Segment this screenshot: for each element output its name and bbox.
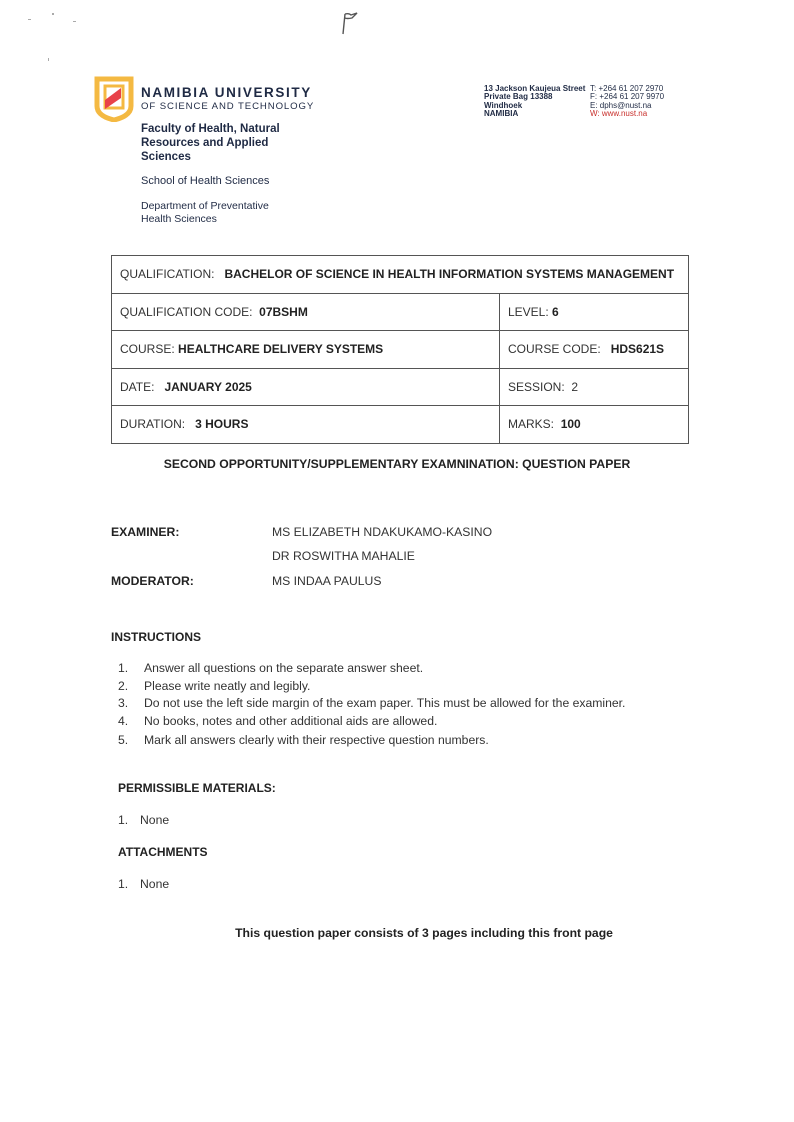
course-label: COURSE: (120, 342, 175, 356)
course-code-label: COURSE CODE: (508, 342, 601, 356)
qualification-value: BACHELOR OF SCIENCE IN HEALTH INFORMATIO… (224, 267, 674, 281)
qualification-code-value: 07BSHM (259, 305, 308, 319)
nust-logo-icon (94, 76, 134, 122)
instructions-heading: INSTRUCTIONS (111, 630, 201, 644)
moderator-name: MS INDAA PAULUS (272, 574, 382, 588)
item-number: 5. (118, 732, 144, 750)
date-label: DATE: (120, 380, 154, 394)
qualification-code-cell: QUALIFICATION CODE: 07BSHM (112, 293, 500, 331)
exam-type-title: SECOND OPPORTUNITY/SUPPLEMENTARY EXAMNIN… (0, 457, 794, 471)
table-row: DATE: JANUARY 2025 SESSION: 2 (112, 368, 689, 406)
table-row: DURATION: 3 HOURS MARKS: 100 (112, 406, 689, 444)
date-cell: DATE: JANUARY 2025 (112, 368, 500, 406)
list-item: 2.Please write neatly and legibly. (118, 678, 625, 696)
marks-label: MARKS: (508, 417, 554, 431)
exam-info-table: QUALIFICATION: BACHELOR OF SCIENCE IN HE… (111, 255, 689, 444)
item-text: Do not use the left side margin of the e… (144, 696, 625, 710)
session-cell: SESSION: 2 (500, 368, 689, 406)
page-count-text: This question paper consists of 3 pages … (235, 926, 613, 940)
item-text: Answer all questions on the separate ans… (144, 661, 423, 675)
scan-speck (28, 19, 31, 20)
scan-speck (52, 13, 54, 15)
examiner-label: EXAMINER: (111, 525, 179, 539)
department-name: Department of Preventative Health Scienc… (141, 200, 301, 226)
duration-value: 3 HOURS (195, 417, 248, 431)
qualification-label: QUALIFICATION: (120, 267, 214, 281)
course-value: HEALTHCARE DELIVERY SYSTEMS (178, 342, 383, 356)
list-item: 5.Mark all answers clearly with their re… (118, 732, 625, 750)
level-value: 6 (552, 305, 559, 319)
moderator-label: MODERATOR: (111, 574, 194, 588)
university-subtitle: OF SCIENCE AND TECHNOLOGY (141, 101, 314, 112)
scan-speck (73, 21, 76, 22)
examiner-name: MS ELIZABETH NDAKUKAMO-KASINO (272, 525, 492, 539)
date-value: JANUARY 2025 (164, 380, 251, 394)
school-name: School of Health Sciences (141, 175, 269, 187)
item-text: Mark all answers clearly with their resp… (144, 733, 489, 747)
item-number: 3. (118, 695, 144, 713)
table-row: QUALIFICATION CODE: 07BSHM LEVEL: 6 (112, 293, 689, 331)
examiner-name: DR ROSWITHA MAHALIE (272, 549, 415, 563)
item-text: No books, notes and other additional aid… (144, 714, 437, 728)
list-item: 3.Do not use the left side margin of the… (118, 695, 625, 713)
instructions-list: 1.Answer all questions on the separate a… (118, 660, 625, 750)
list-item: 1.None (118, 877, 169, 891)
item-number: 4. (118, 713, 144, 731)
course-code-cell: COURSE CODE: HDS621S (500, 331, 689, 369)
session-label: SESSION: (508, 380, 565, 394)
qualification-cell: QUALIFICATION: BACHELOR OF SCIENCE IN HE… (112, 256, 689, 294)
attachments-heading: ATTACHMENTS (118, 845, 208, 859)
course-cell: COURSE: HEALTHCARE DELIVERY SYSTEMS (112, 331, 500, 369)
level-cell: LEVEL: 6 (500, 293, 689, 331)
item-text: None (140, 877, 169, 891)
marks-value: 100 (561, 417, 581, 431)
university-name: NAMIBIA UNIVERSITY (141, 85, 312, 100)
item-number: 1. (118, 877, 140, 891)
address-line: NAMIBIA (484, 110, 585, 118)
table-row: COURSE: HEALTHCARE DELIVERY SYSTEMS COUR… (112, 331, 689, 369)
contact-info: T: +264 61 207 2970 F: +264 61 207 9970 … (590, 85, 664, 119)
list-item: 1.Answer all questions on the separate a… (118, 660, 625, 678)
table-row: QUALIFICATION: BACHELOR OF SCIENCE IN HE… (112, 256, 689, 294)
session-value: 2 (571, 380, 578, 394)
scan-speck (48, 58, 49, 61)
marks-cell: MARKS: 100 (500, 406, 689, 444)
list-item: 1.None (118, 813, 169, 827)
website-link[interactable]: W: www.nust.na (590, 110, 664, 118)
item-text: None (140, 813, 169, 827)
handwritten-mark (335, 10, 365, 40)
postal-address: 13 Jackson Kaujeua Street Private Bag 13… (484, 85, 585, 119)
item-text: Please write neatly and legibly. (144, 679, 310, 693)
course-code-value: HDS621S (611, 342, 664, 356)
level-label: LEVEL: (508, 305, 549, 319)
qualification-code-label: QUALIFICATION CODE: (120, 305, 252, 319)
item-number: 2. (118, 678, 144, 696)
faculty-name: Faculty of Health, Natural Resources and… (141, 122, 311, 164)
list-item: 4.No books, notes and other additional a… (118, 713, 625, 731)
item-number: 1. (118, 660, 144, 678)
page-count-note: This question paper consists of 3 pages … (0, 926, 794, 940)
duration-label: DURATION: (120, 417, 185, 431)
item-number: 1. (118, 813, 140, 827)
duration-cell: DURATION: 3 HOURS (112, 406, 500, 444)
permissible-materials-heading: PERMISSIBLE MATERIALS: (118, 781, 276, 795)
